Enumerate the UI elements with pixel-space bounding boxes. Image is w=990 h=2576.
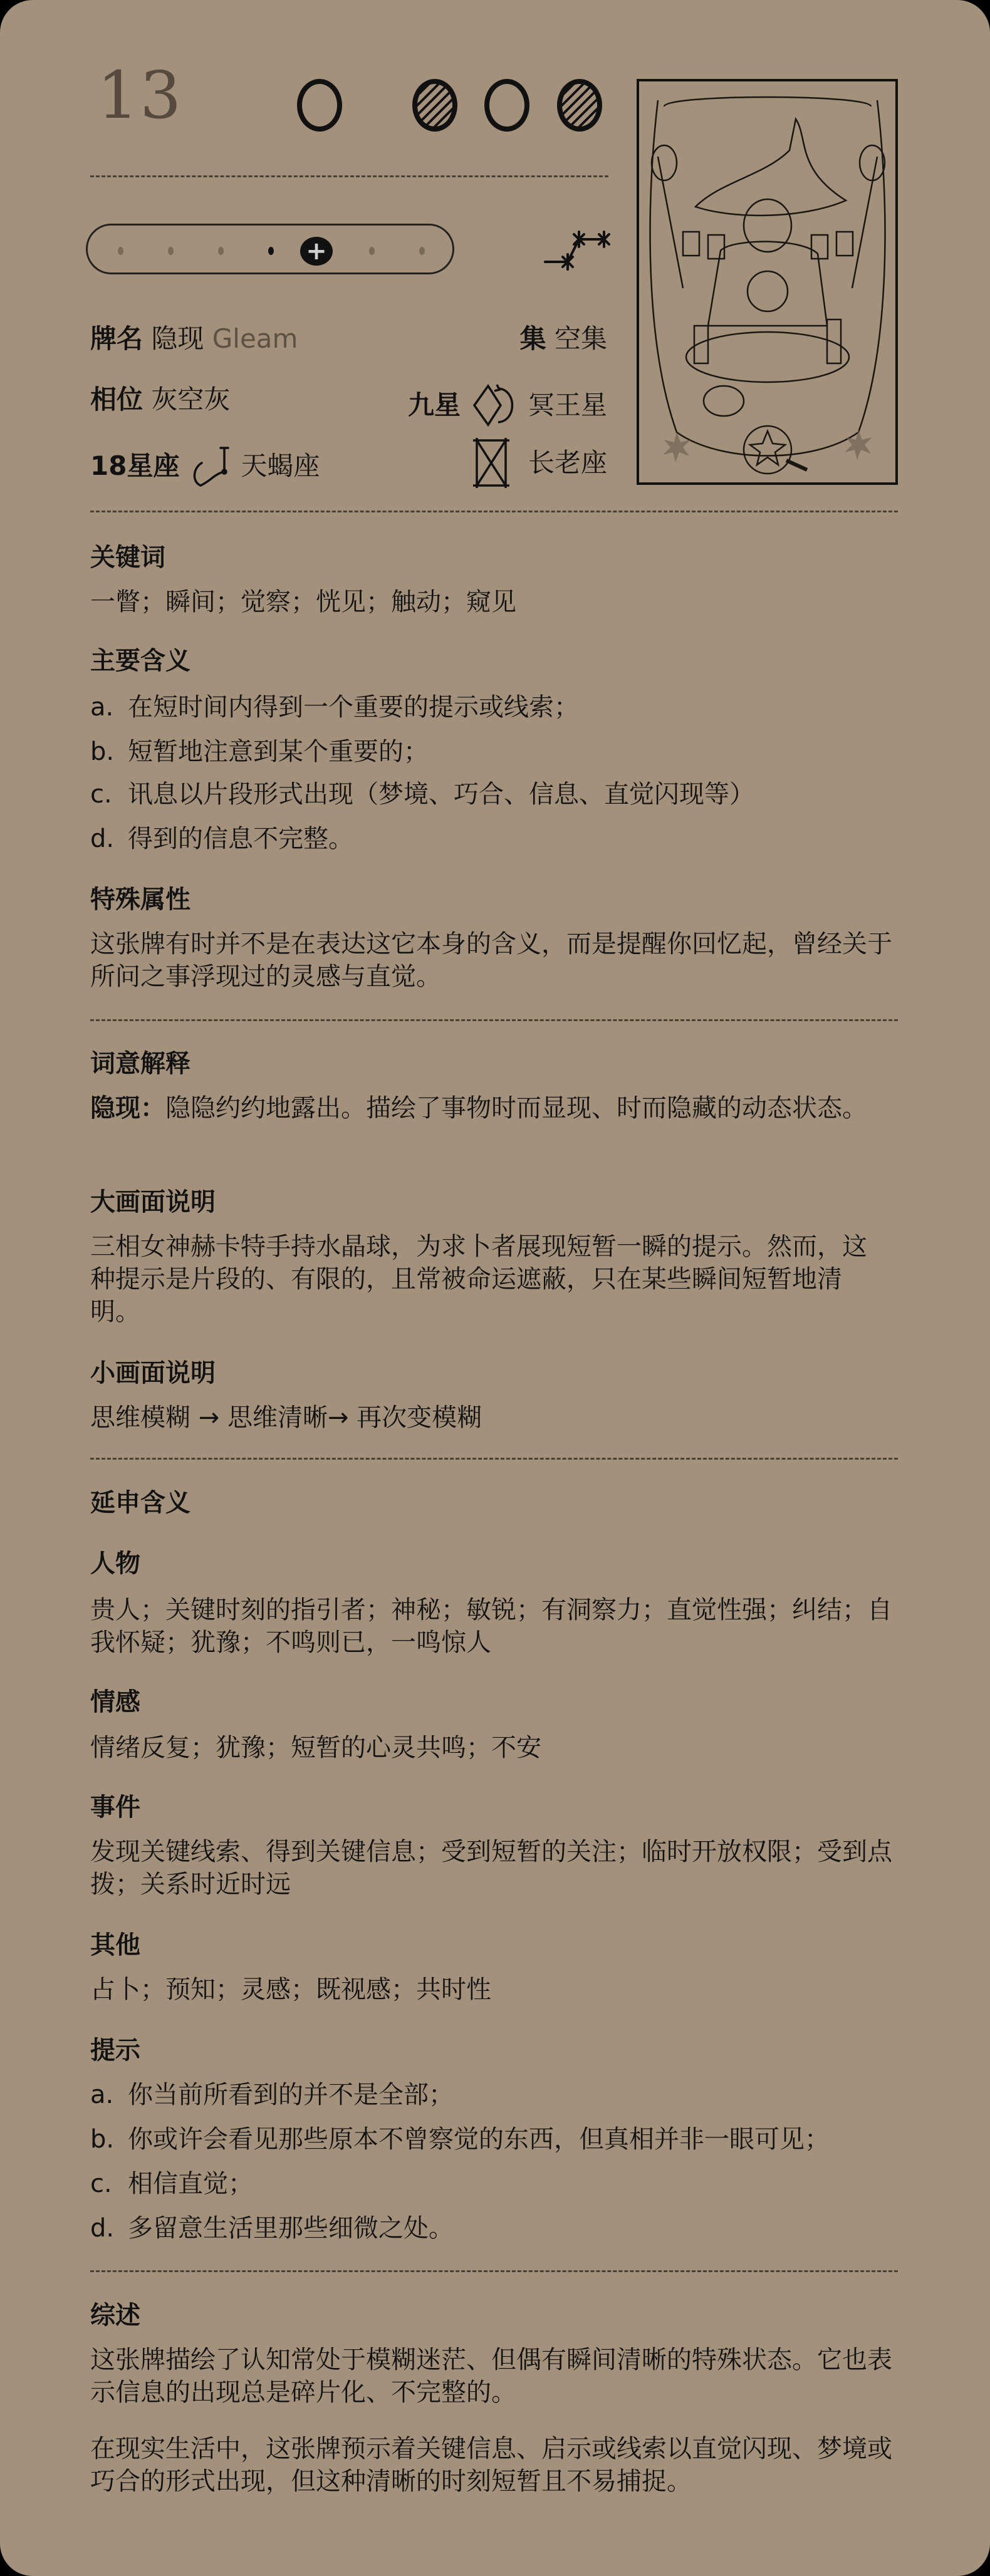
list-item: b.短暂地注意到某个重要的； <box>90 735 429 768</box>
list-marker: d. <box>90 2212 128 2245</box>
list-marker: a. <box>90 691 128 724</box>
keywords-text: 一瞥；瞬间；觉察；恍见；触动；窥见 <box>90 586 899 618</box>
section-heading-small-picture: 小画面说明 <box>90 1357 216 1389</box>
slider-dot[interactable] <box>118 247 123 255</box>
aspect-value: 灰空灰 <box>151 384 230 415</box>
list-marker: b. <box>90 735 128 768</box>
section-heading-keywords: 关键词 <box>90 541 165 574</box>
card-detail-page: 13 + 牌名 隐现 Gleam 集 空集 相位 灰空灰 <box>0 0 990 2576</box>
section-heading-main-meaning: 主要含义 <box>90 645 190 677</box>
list-text: 得到的信息不完整。 <box>128 824 353 853</box>
events-text: 发现关键线索、得到关键信息；受到短暂的关注；临时开放权限；受到点拨；关系时近时远 <box>90 1836 899 1901</box>
moon-hatched-icon <box>557 79 602 132</box>
slider-dot[interactable] <box>369 247 375 255</box>
aspect-label: 相位 <box>90 384 143 415</box>
section-heading-word-meaning: 词意解释 <box>90 1047 190 1080</box>
term-definition: 隐隐约约地露出。描绘了事物时而显现、时而隐藏的动态状态。 <box>165 1094 867 1123</box>
people-text: 贵人；关键时刻的指引者；神秘；敏锐；有洞察力；直觉性强；纠结；自我怀疑；犹豫；不… <box>90 1594 899 1659</box>
nine-star-row: 九星 冥王星 <box>408 383 607 427</box>
list-item: a.在短时间内得到一个重要的提示或线索； <box>90 691 579 724</box>
card-name-row: 牌名 隐现 Gleam <box>90 323 298 355</box>
slider-dot[interactable] <box>168 247 174 255</box>
list-marker: b. <box>90 2123 128 2156</box>
small-picture-text: 思维模糊 → 思维清晰→ 再次变模糊 <box>90 1401 899 1434</box>
list-item: c.相信直觉； <box>90 2168 253 2200</box>
list-text: 你当前所看到的并不是全部； <box>128 2080 454 2109</box>
set-row: 集 空集 <box>520 323 607 355</box>
zodiac-label: 18星座 <box>90 450 179 482</box>
emotion-text: 情绪反复；犹豫；短暂的心灵共鸣；不安 <box>90 1732 899 1764</box>
card-name-label: 牌名 <box>90 323 143 354</box>
slider-dot[interactable] <box>218 247 224 255</box>
list-marker: c. <box>90 2168 128 2200</box>
section-heading-big-picture: 大画面说明 <box>90 1186 216 1218</box>
section-heading-special: 特殊属性 <box>90 883 190 916</box>
aspect-row: 相位 灰空灰 <box>90 383 230 416</box>
set-label: 集 <box>520 323 546 354</box>
card-name-value: 隐现 <box>151 323 204 354</box>
zodiac-value: 天蝎座 <box>241 450 320 482</box>
witch-illustration-icon <box>639 81 895 482</box>
list-text: 多留意生活里那些细微之处。 <box>128 2214 454 2243</box>
summary-paragraph: 这张牌描绘了认知常处于模糊迷茫、但偶有瞬间清晰的特殊状态。它也表示信息的出现总是… <box>90 2344 899 2409</box>
list-text: 你或许会看见那些原本不曾察觉的东西，但真相并非一眼可见； <box>128 2125 830 2154</box>
list-item: d.得到的信息不完整。 <box>90 823 353 855</box>
term-label: 隐现： <box>90 1094 165 1123</box>
divider <box>90 175 608 177</box>
big-picture-text: 三相女神赫卡特手持水晶球，为求卜者展现短暂一瞬的提示。然而，这种提示是片段的、有… <box>90 1230 886 1328</box>
other-text: 占卜；预知；灵感；既视感；共时性 <box>90 1973 899 2006</box>
list-text: 讯息以片段形式出现（梦境、巧合、信息、直觉闪现等） <box>128 780 754 809</box>
list-item: d.多留意生活里那些细微之处。 <box>90 2212 454 2245</box>
list-item: b.你或许会看见那些原本不曾察觉的东西，但真相并非一眼可见； <box>90 2123 830 2156</box>
special-text: 这张牌有时并不是在表达这它本身的含义，而是提醒你回忆起，曾经关于所问之事浮现过的… <box>90 928 899 993</box>
summary-paragraph: 在现实生活中，这张牌预示着关键信息、启示或线索以直觉闪现、梦境或巧合的形式出现，… <box>90 2433 899 2498</box>
divider <box>90 1458 898 1460</box>
elder-hourglass-icon <box>471 438 512 488</box>
position-slider[interactable]: + <box>86 224 454 274</box>
list-item: c.讯息以片段形式出现（梦境、巧合、信息、直觉闪现等） <box>90 778 754 811</box>
zodiac2-value: 长老座 <box>528 447 607 479</box>
card-number: 13 <box>97 63 182 128</box>
slider-dot[interactable] <box>419 247 425 255</box>
divider <box>90 511 898 512</box>
nine-star-label: 九星 <box>408 389 461 422</box>
list-marker: a. <box>90 2079 128 2111</box>
subheading-events: 事件 <box>90 1791 140 1824</box>
moon-hatched-icon <box>412 79 457 132</box>
list-marker: c. <box>90 778 128 811</box>
tarot-card-illustration[interactable] <box>637 79 898 485</box>
divider <box>90 2270 898 2272</box>
pluto-symbol-icon <box>469 383 519 427</box>
list-marker: d. <box>90 823 128 855</box>
card-name-english: Gleam <box>212 323 298 354</box>
list-text: 在短时间内得到一个重要的提示或线索； <box>128 693 579 722</box>
zodiac-row: 18星座 天蝎座 <box>90 444 320 488</box>
subheading-people: 人物 <box>90 1547 140 1580</box>
zodiac2-row: 长老座 <box>471 438 607 488</box>
divider <box>90 1019 898 1021</box>
plus-icon[interactable]: + <box>300 237 333 266</box>
slider-dot-active[interactable] <box>268 247 274 255</box>
list-item: a.你当前所看到的并不是全部； <box>90 2079 454 2111</box>
subheading-tips: 提示 <box>90 2034 140 2067</box>
moon-empty-icon <box>297 79 342 132</box>
subheading-emotion: 情感 <box>90 1686 140 1718</box>
set-value: 空集 <box>555 323 607 354</box>
constellation-icon <box>543 229 612 273</box>
nine-star-value: 冥王星 <box>528 389 607 422</box>
section-heading-extended: 延申含义 <box>90 1487 190 1519</box>
list-text: 相信直觉； <box>128 2169 253 2198</box>
scorpio-symbol-icon <box>188 444 232 488</box>
moon-empty-icon <box>484 79 529 132</box>
section-heading-summary: 综述 <box>90 2299 140 2332</box>
subheading-other: 其他 <box>90 1929 140 1961</box>
list-text: 短暂地注意到某个重要的； <box>128 737 429 766</box>
word-meaning-text: 隐现：隐隐约约地露出。描绘了事物时而显现、时而隐藏的动态状态。 <box>90 1092 899 1124</box>
